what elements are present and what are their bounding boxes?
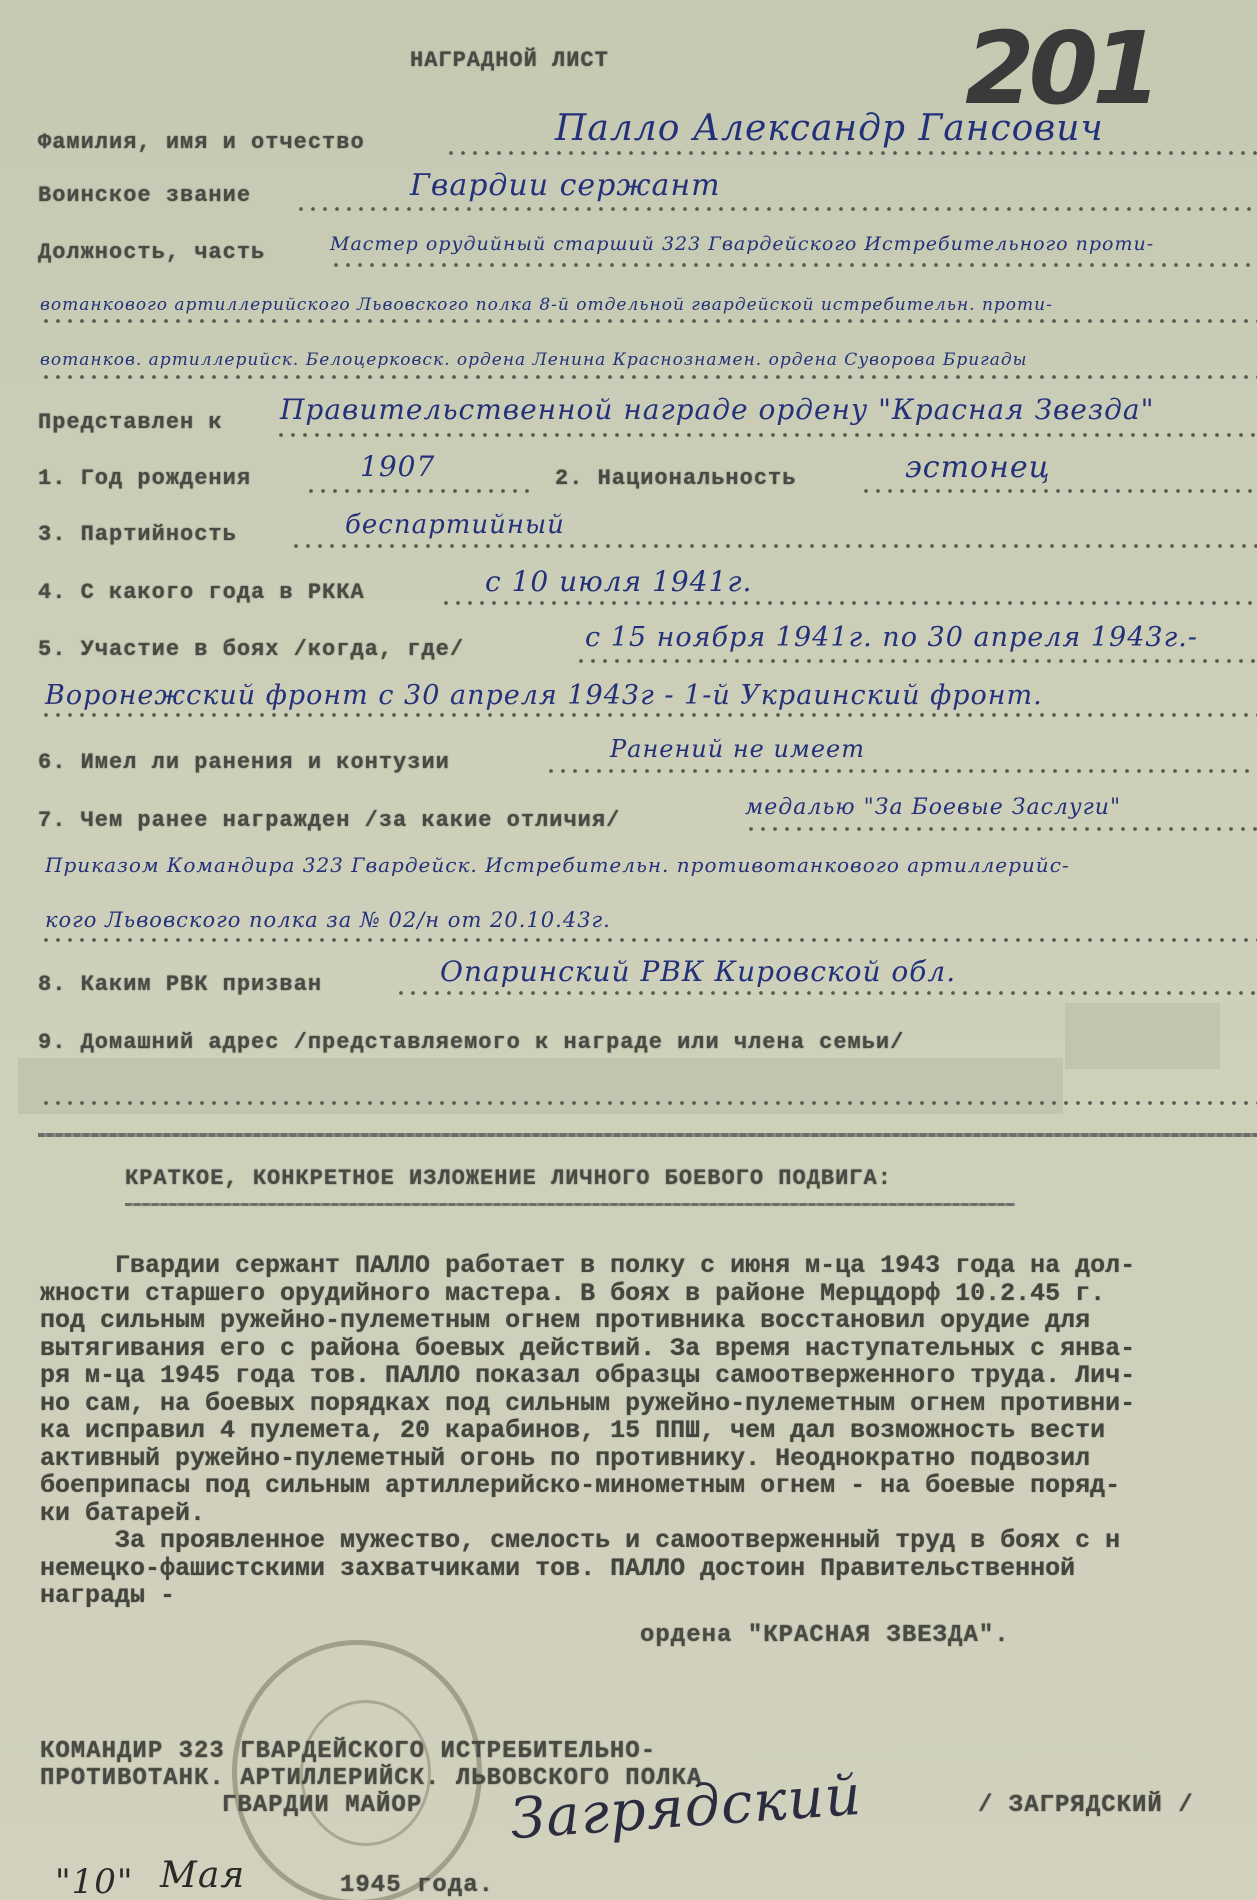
fio-value: Палло Александр Гансович [555,108,1104,149]
position-dots-3 [40,374,1257,380]
rvk-value: Опаринский РВК Кировской обл. [440,955,956,988]
summary-line: ки батарей. [40,1500,1257,1528]
nationality-dots [860,488,1257,494]
nationality-label: 2. Национальность [555,466,796,491]
fio-label: Фамилия, имя и отчество [38,130,365,155]
birth-year-label: 1. Год рождения [38,466,251,491]
rkka-value: с 10 июля 1941г. [485,565,752,598]
battles-line-2: Воронежский фронт с 30 апреля 1943г - 1-… [45,680,1043,711]
summary-line: немецко-фашистскими захватчиками тов. ПА… [40,1555,1257,1583]
prior-awards-dots-2 [40,937,1257,943]
party-label: 3. Партийность [38,522,237,547]
rvk-dots [395,990,1257,996]
wounds-value: Ранений не имеет [610,735,865,763]
summary-heading-underline [125,1203,1015,1206]
summary-line: ка исправил 4 пулемета, 20 карабинов, 15… [40,1417,1257,1445]
summary-line: жности старшего орудийного мастера. В бо… [40,1280,1257,1308]
rank-value: Гвардии сержант [410,168,721,203]
document-title: НАГРАДНОЙ ЛИСТ [410,48,609,73]
prior-awards-line-3: кого Львовского полка за № 02/н от 20.10… [45,908,611,932]
position-label: Должность, часть [38,240,265,265]
summary-line: награды - [40,1582,1257,1610]
prior-awards-line-1: медалью "За Боевые Заслуги" [745,795,1121,820]
nominated-value: Правительственной награде ордену "Красна… [280,393,1154,426]
nominated-dots [275,432,1257,438]
award-line: ордена "КРАСНАЯ ЗВЕЗДА". [640,1622,1010,1649]
party-dots [290,543,1257,549]
summary-line: но сам, на боевых порядках под сильным р… [40,1390,1257,1418]
party-value: беспартийный [345,510,565,540]
prior-awards-dots-1 [745,826,1257,832]
battles-line-1: с 15 ноября 1941г. по 30 апреля 1943г.- [585,622,1198,653]
wounds-label: 6. Имел ли ранения и контузии [38,750,450,775]
rvk-label: 8. Каким РВК призван [38,972,322,997]
birth-year-dots [305,488,535,494]
summary-line: ря м-ца 1945 года тов. ПАЛЛО показал обр… [40,1362,1257,1390]
summary-body: Гвардии сержант ПАЛЛО работает в полку с… [40,1252,1257,1610]
birth-year-value: 1907 [360,450,435,483]
rkka-label: 4. С какого года в РККА [38,580,365,605]
summary-line: под сильным ружейно-пулеметным огнем про… [40,1307,1257,1335]
date-year: 1945 года. [340,1872,494,1899]
battles-label: 5. Участие в боях /когда, где/ [38,637,464,662]
summary-line: вытягивания его с района боевых действий… [40,1335,1257,1363]
summary-line: Гвардии сержант ПАЛЛО работает в полку с… [40,1252,1257,1280]
wounds-dots [545,768,1257,774]
document-page [0,0,1257,1900]
nominated-label: Представлен к [38,410,223,435]
fio-dots [445,150,1257,156]
summary-line: активный ружейно-пулеметный огонь по про… [40,1445,1257,1473]
nationality-value: эстонец [905,450,1051,485]
signatory-title-1: КОМАНДИР 323 ГВАРДЕЙСКОГО ИСТРЕБИТЕЛЬНО- [40,1738,656,1765]
address-dots [40,1100,1257,1106]
position-dots-2 [40,318,1257,324]
address-redaction-1 [1065,1003,1220,1069]
rank-dots [295,206,1257,212]
rkka-dots [440,600,1257,606]
position-line-3: вотанков. артиллерийск. Белоцерковск. ор… [40,350,1028,370]
date-month: Мая [160,1855,245,1896]
rank-label: Воинское звание [38,183,251,208]
signatory-rank: ГВАРДИИ МАЙОР [222,1792,422,1819]
signatory-name: / ЗАГРЯДСКИЙ / [978,1792,1194,1819]
battles-dots-1 [575,658,1257,664]
section-divider [38,1133,1257,1137]
summary-line: боеприпасы под сильным артиллерийско-мин… [40,1472,1257,1500]
prior-awards-label: 7. Чем ранее награжден /за какие отличия… [38,808,620,833]
date-day: "10" [55,1862,134,1900]
position-dots-1 [330,262,1257,268]
address-label: 9. Домашний адрес /представляемого к наг… [38,1030,904,1055]
prior-awards-line-2: Приказом Командира 323 Гвардейск. Истреб… [45,853,1070,877]
summary-line: За проявленное мужество, смелость и само… [40,1527,1257,1555]
battles-dots-2 [40,712,1257,718]
summary-heading: КРАТКОЕ, КОНКРЕТНОЕ ИЗЛОЖЕНИЕ ЛИЧНОГО БО… [125,1166,892,1191]
position-line-1: Мастер орудийный старший 323 Гвардейског… [330,233,1154,255]
position-line-2: вотанкового артиллерийского Львовского п… [40,295,1053,315]
